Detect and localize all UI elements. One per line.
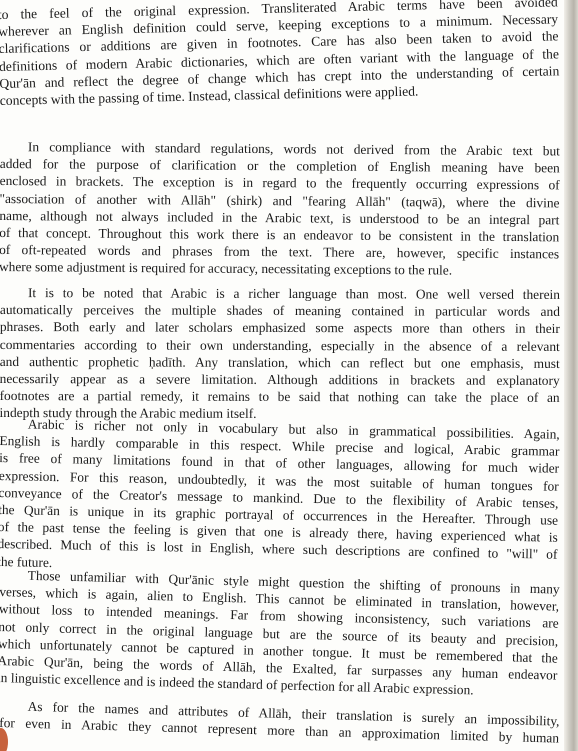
paragraph-quranic-style: Those unfamiliar with Qur'ānic style mig…	[0, 566, 578, 702]
text-line: automatically perceives the multiple sha…	[0, 301, 560, 320]
book-binding-shadow	[564, 0, 578, 751]
text-line: necessarily appear as a severe limitatio…	[0, 370, 560, 389]
paragraph-names-of-allah: As for the names and attributes of Allāh…	[0, 697, 578, 748]
text-line: footnotes are a partial remedy, it remai…	[0, 387, 560, 406]
paragraph-translation-approach: to the feel of the original expression. …	[0, 0, 578, 109]
paragraph-arabic-grammar: Arabic is richer not only in vocabulary …	[0, 415, 578, 581]
paragraph-brackets-regulation: In compliance with standard regulations,…	[0, 138, 578, 280]
scanned-page: to the feel of the original expression. …	[0, 0, 578, 751]
paragraph-arabic-richness: It is to be noted that Arabic is a riche…	[0, 284, 578, 424]
text-line: phrases. Both early and later scholars e…	[0, 318, 560, 337]
text-line: and authentic prophetic ḥadīth. Any tran…	[0, 353, 560, 372]
text-line: commentaries according to their own unde…	[0, 336, 560, 355]
text-line: It is to be noted that Arabic is a riche…	[0, 284, 560, 303]
